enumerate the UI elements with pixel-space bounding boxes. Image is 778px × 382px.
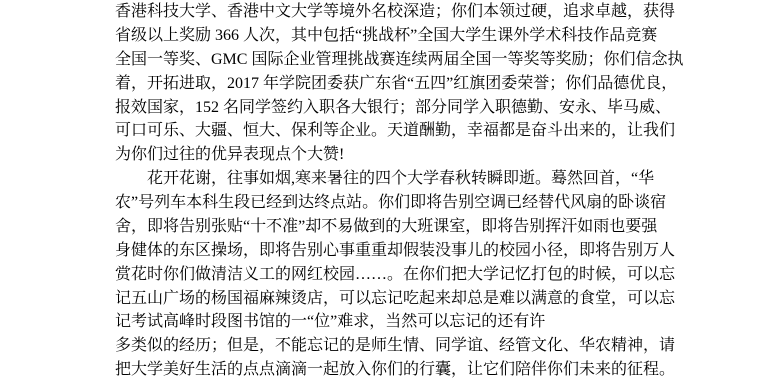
text-line: 舍，即将告别张贴“十不准”却不易做到的大班课室，即将告别挥汗如雨也要强	[115, 215, 665, 239]
text-line: 农”号列车本科生段已经到达终点站。你们即将告别空调已经替代风扇的卧谈宿	[115, 191, 665, 215]
text-line: 赏花时你们做清洁义工的网红校园……。在你们把大学记忆打包的时候，可以忘	[115, 263, 665, 287]
text-line: 记考试高峰时段图书馆的一“位”难求，当然可以忘记的还有许	[115, 310, 665, 334]
text-line: 省级以上奖励 366 人次，其中包括“挑战杯”全国大学生课外学术科技作品竞赛	[115, 24, 665, 48]
text-line: 香港科技大学、香港中文大学等境外名校深造；你们本领过硬，追求卓越，获得	[115, 0, 665, 24]
text-line: 把大学美好生活的点点滴滴一起放入你们的行囊，让它们陪伴你们未来的征程。	[115, 358, 665, 382]
text-line: 可口可乐、大疆、恒大、保利等企业。天道酬勤，幸福都是奋斗出来的，让我们	[115, 119, 665, 143]
text-line: 记五山广场的杨国福麻辣烫店，可以忘记吃起来却总是难以满意的食堂，可以忘	[115, 287, 665, 311]
document-page: 香港科技大学、香港中文大学等境外名校深造；你们本领过硬，追求卓越，获得省级以上奖…	[0, 0, 778, 382]
text-line: 为你们过往的优异表现点个大赞!	[115, 143, 665, 167]
document-text: 香港科技大学、香港中文大学等境外名校深造；你们本领过硬，追求卓越，获得省级以上奖…	[115, 0, 665, 382]
text-line: 身健体的东区操场，即将告别心事重重却假装没事儿的校园小径，即将告别万人	[115, 239, 665, 263]
text-line: 全国一等奖、GMC 国际企业管理挑战赛连续两届全国一等奖等奖励；你们信念执	[115, 48, 665, 72]
text-line: 着，开拓进取，2017 年学院团委获广东省“五四”红旗团委荣誉；你们品德优良，	[115, 72, 665, 96]
text-line: 报效国家，152 名同学签约入职各大银行；部分同学入职德勤、安永、毕马威、	[115, 96, 665, 120]
text-line: 多类似的经历；但是，不能忘记的是师生情、同学谊、经管文化、华农精神，请	[115, 334, 665, 358]
text-line: 花开花谢，往事如烟,寒来暑往的四个大学春秋转瞬即逝。蓦然回首，“华	[115, 167, 665, 191]
